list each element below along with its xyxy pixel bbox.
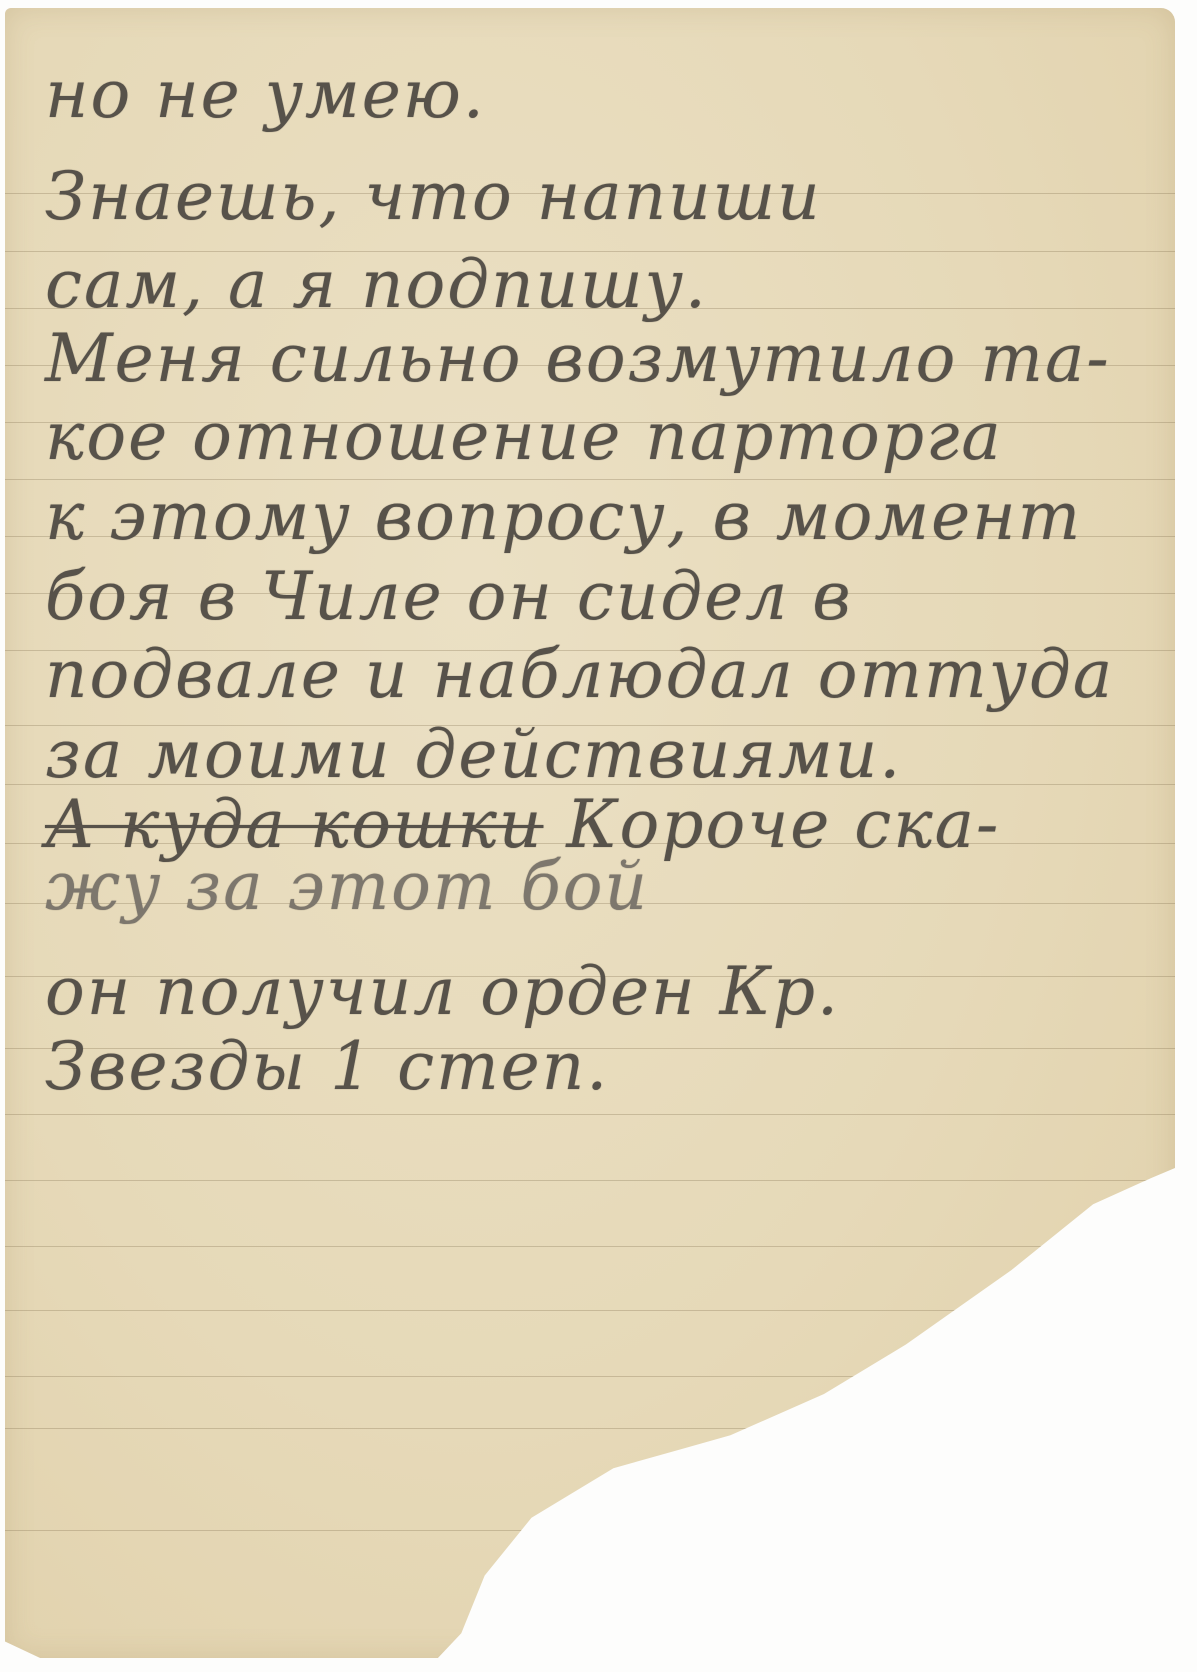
ruled-line: [5, 1246, 1175, 1247]
text-line: но не умею.: [45, 56, 486, 133]
text-line: боя в Чиле он сидел в: [45, 558, 853, 635]
text-line: он получил орден Кр.: [45, 953, 840, 1030]
ruled-line: [5, 1376, 1175, 1377]
text-line: Меня сильно возмутило та-: [45, 320, 1111, 397]
text-line: сам, а я подпишу.: [45, 246, 708, 323]
ruled-line: [5, 1310, 1175, 1311]
letter-page: но не умею. Знаешь, что напиши сам, а я …: [5, 8, 1175, 1658]
ruled-line: [5, 1530, 1175, 1531]
text-line: к этому вопросу, в момент: [45, 478, 1082, 555]
ruled-line: [5, 1180, 1175, 1181]
text-line: Знаешь, что напиши: [45, 158, 822, 235]
text-line: жу за этот бой: [45, 848, 649, 925]
ruled-line: [5, 1114, 1175, 1115]
text-line: Звезды 1 степ.: [45, 1028, 609, 1105]
ruled-line: [5, 1428, 1175, 1429]
text-line: подвале и наблюдал оттуда: [45, 636, 1114, 713]
text-line: кое отношение парторга: [45, 398, 1003, 475]
text-line: за моими действиями.: [45, 716, 902, 793]
